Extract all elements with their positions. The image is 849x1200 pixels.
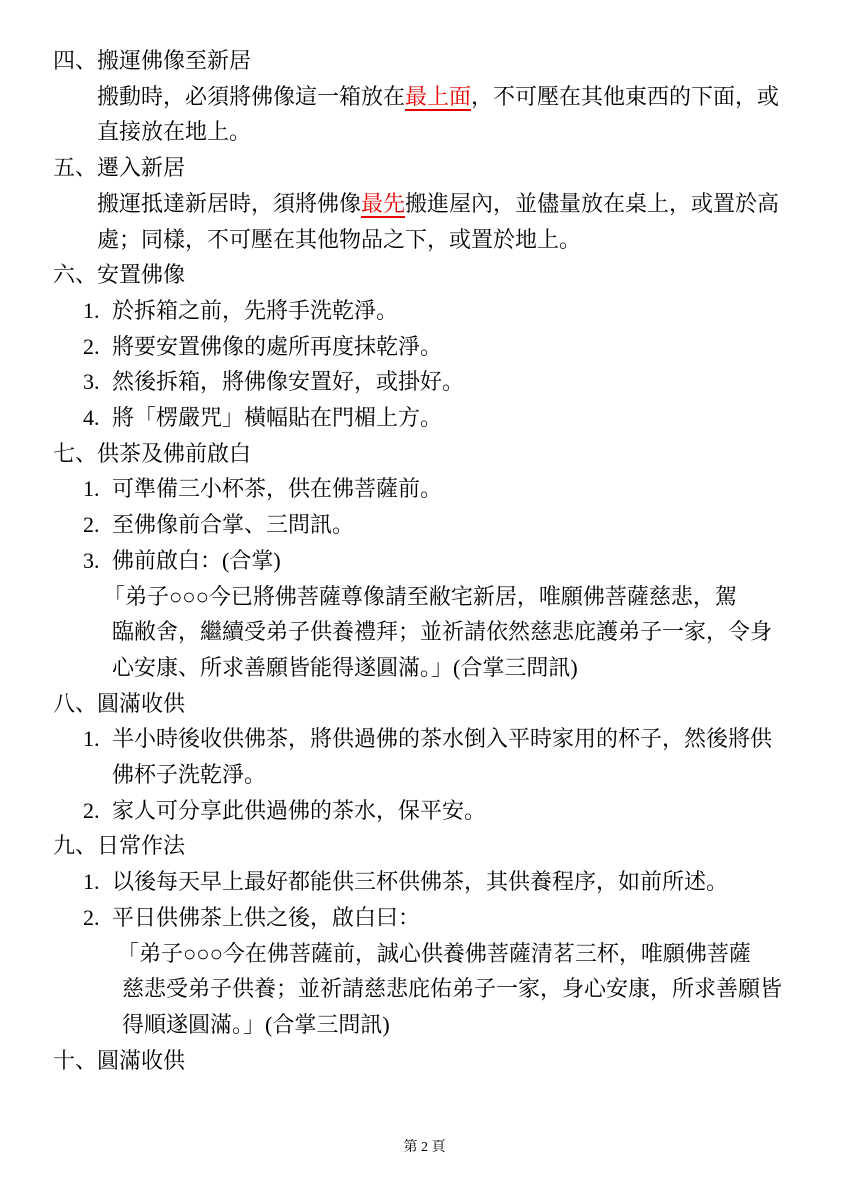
item-text: 可準備三小杯茶，供在佛菩薩前。: [112, 476, 442, 501]
document-page: 四、搬運佛像至新居 搬動時，必須將佛像這一箱放在最上面，不可壓在其他東西的下面，…: [0, 0, 849, 1200]
section-heading: 九、日常作法: [53, 828, 805, 864]
item-text: 以後每天早上最好都能供三杯供佛茶，其供養程序，如前所述。: [112, 869, 728, 894]
item-text: 佛前啟白：(合掌): [112, 548, 281, 573]
item-number: 2.: [83, 793, 100, 829]
numbered-item: 1.以後每天早上最好都能供三杯供佛茶，其供養程序，如前所述。: [83, 864, 805, 900]
item-number: 4.: [83, 400, 100, 436]
numbered-item: 3.佛前啟白：(合掌): [83, 543, 805, 579]
numbered-item: 1.於拆箱之前，先將手洗乾淨。: [83, 293, 805, 329]
numbered-item: 2.至佛像前合掌、三問訊。: [83, 507, 805, 543]
numbered-item: 3.然後拆箱，將佛像安置好，或掛好。: [83, 364, 805, 400]
item-number: 2.: [83, 900, 100, 936]
section-body: 搬運抵達新居時，須將佛像最先搬進屋內，並儘量放在桌上，或置於高 處；同樣，不可壓…: [97, 186, 805, 257]
highlighted-text: 最先: [361, 191, 405, 216]
section-heading: 六、安置佛像: [53, 257, 805, 293]
numbered-item: 2.家人可分享此供過佛的茶水，保平安。: [83, 793, 805, 829]
section-10: 十、圓滿收供: [53, 1043, 805, 1079]
section-body: 搬動時，必須將佛像這一箱放在最上面，不可壓在其他東西的下面，或 直接放在地上。: [97, 79, 805, 150]
section-heading: 四、搬運佛像至新居: [53, 43, 805, 79]
body-text: 搬運抵達新居時，須將佛像: [97, 191, 361, 216]
item-text: 至佛像前合掌、三問訊。: [112, 512, 354, 537]
item-number: 3.: [83, 364, 100, 400]
section-heading: 八、圓滿收供: [53, 686, 805, 722]
item-number: 2.: [83, 329, 100, 365]
section-4: 四、搬運佛像至新居 搬動時，必須將佛像這一箱放在最上面，不可壓在其他東西的下面，…: [53, 43, 805, 150]
highlighted-text: 最上面: [405, 84, 471, 109]
section-9: 九、日常作法 1.以後每天早上最好都能供三杯供佛茶，其供養程序，如前所述。 2.…: [53, 828, 805, 1042]
item-text: 將要安置佛像的處所再度抹乾淨。: [112, 334, 442, 359]
numbered-item: 1.半小時後收供佛茶，將供過佛的茶水倒入平時家用的杯子，然後將供 佛杯子洗乾淨。: [83, 721, 805, 792]
section-heading: 七、供茶及佛前啟白: [53, 436, 805, 472]
item-text: 將「楞嚴咒」橫幅貼在門楣上方。: [112, 405, 442, 430]
section-heading: 十、圓滿收供: [53, 1043, 805, 1079]
numbered-item: 2.將要安置佛像的處所再度抹乾淨。: [83, 329, 805, 365]
prayer-quote: 「弟子○○○今在佛菩薩前，誠心供養佛菩薩清茗三杯，唯願佛菩薩 慈悲受弟子供養；並…: [122, 936, 805, 1043]
item-number: 2.: [83, 507, 100, 543]
section-8: 八、圓滿收供 1.半小時後收供佛茶，將供過佛的茶水倒入平時家用的杯子，然後將供 …: [53, 686, 805, 829]
item-number: 1.: [83, 864, 100, 900]
item-number: 3.: [83, 543, 100, 579]
numbered-item: 4.將「楞嚴咒」橫幅貼在門楣上方。: [83, 400, 805, 436]
numbered-item: 2.平日供佛茶上供之後，啟白曰：: [83, 900, 805, 936]
item-text: 家人可分享此供過佛的茶水，保平安。: [112, 798, 486, 823]
section-7: 七、供茶及佛前啟白 1.可準備三小杯茶，供在佛菩薩前。 2.至佛像前合掌、三問訊…: [53, 436, 805, 686]
item-text: 平日供佛茶上供之後，啟白曰：: [112, 905, 420, 930]
item-text: 於拆箱之前，先將手洗乾淨。: [112, 298, 398, 323]
item-number: 1.: [83, 293, 100, 329]
section-5: 五、遷入新居 搬運抵達新居時，須將佛像最先搬進屋內，並儘量放在桌上，或置於高 處…: [53, 150, 805, 257]
item-number: 1.: [83, 471, 100, 507]
item-text: 然後拆箱，將佛像安置好，或掛好。: [112, 369, 464, 394]
section-heading: 五、遷入新居: [53, 150, 805, 186]
item-number: 1.: [83, 721, 100, 757]
page-footer: 第 2 頁: [0, 1140, 849, 1156]
page-number: 第 2 頁: [404, 1140, 446, 1155]
prayer-quote: 「弟子○○○今已將佛菩薩尊像請至敝宅新居，唯願佛菩薩慈悲，駕 臨敝舍，繼續受弟子…: [112, 579, 805, 686]
numbered-item: 1.可準備三小杯茶，供在佛菩薩前。: [83, 471, 805, 507]
body-text: 搬動時，必須將佛像這一箱放在: [97, 84, 405, 109]
section-6: 六、安置佛像 1.於拆箱之前，先將手洗乾淨。 2.將要安置佛像的處所再度抹乾淨。…: [53, 257, 805, 436]
item-text: 半小時後收供佛茶，將供過佛的茶水倒入平時家用的杯子，然後將供 佛杯子洗乾淨。: [112, 726, 772, 787]
